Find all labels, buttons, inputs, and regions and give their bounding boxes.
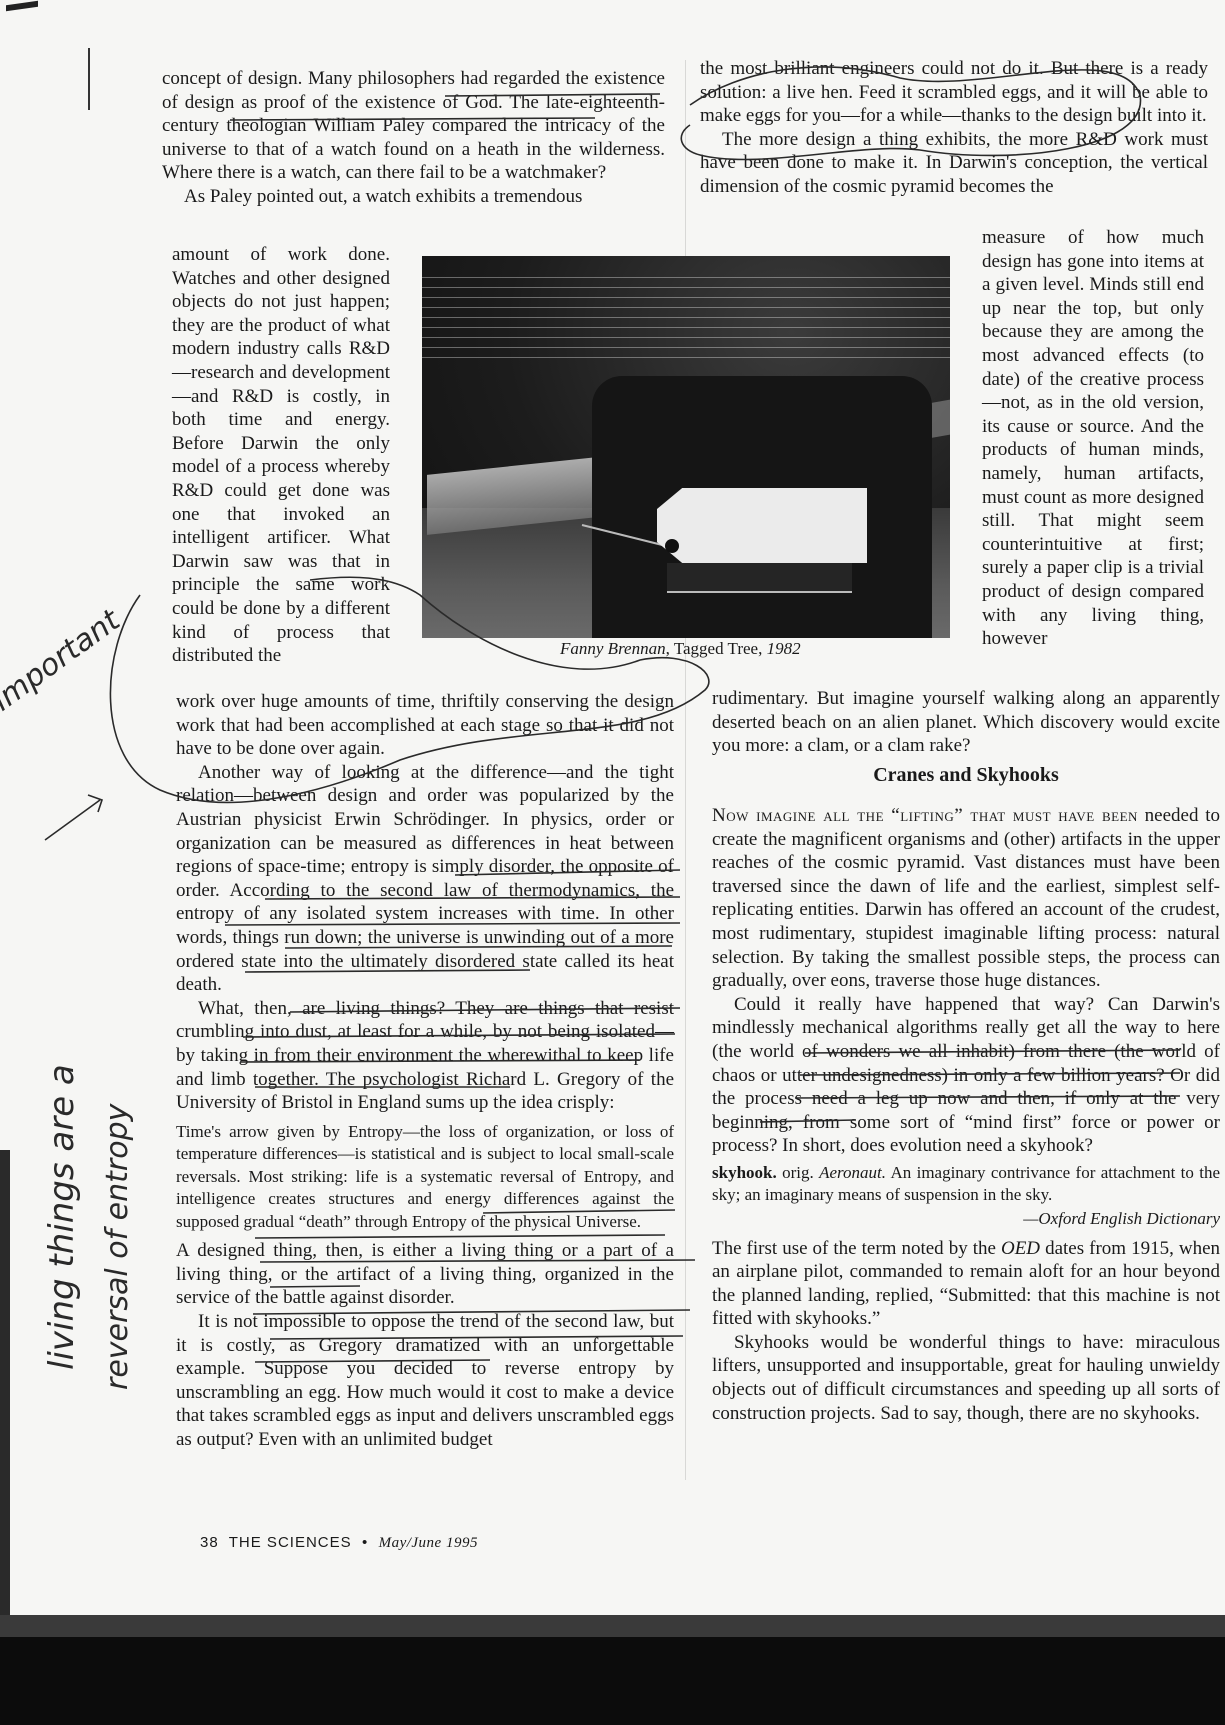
pen-markings (0, 0, 1225, 1640)
ink-loop-right (681, 67, 1140, 160)
scanner-border (0, 1615, 1225, 1725)
ink-arrow (45, 795, 102, 840)
scan-edge (0, 1150, 10, 1630)
ink-loop-left (110, 577, 708, 802)
